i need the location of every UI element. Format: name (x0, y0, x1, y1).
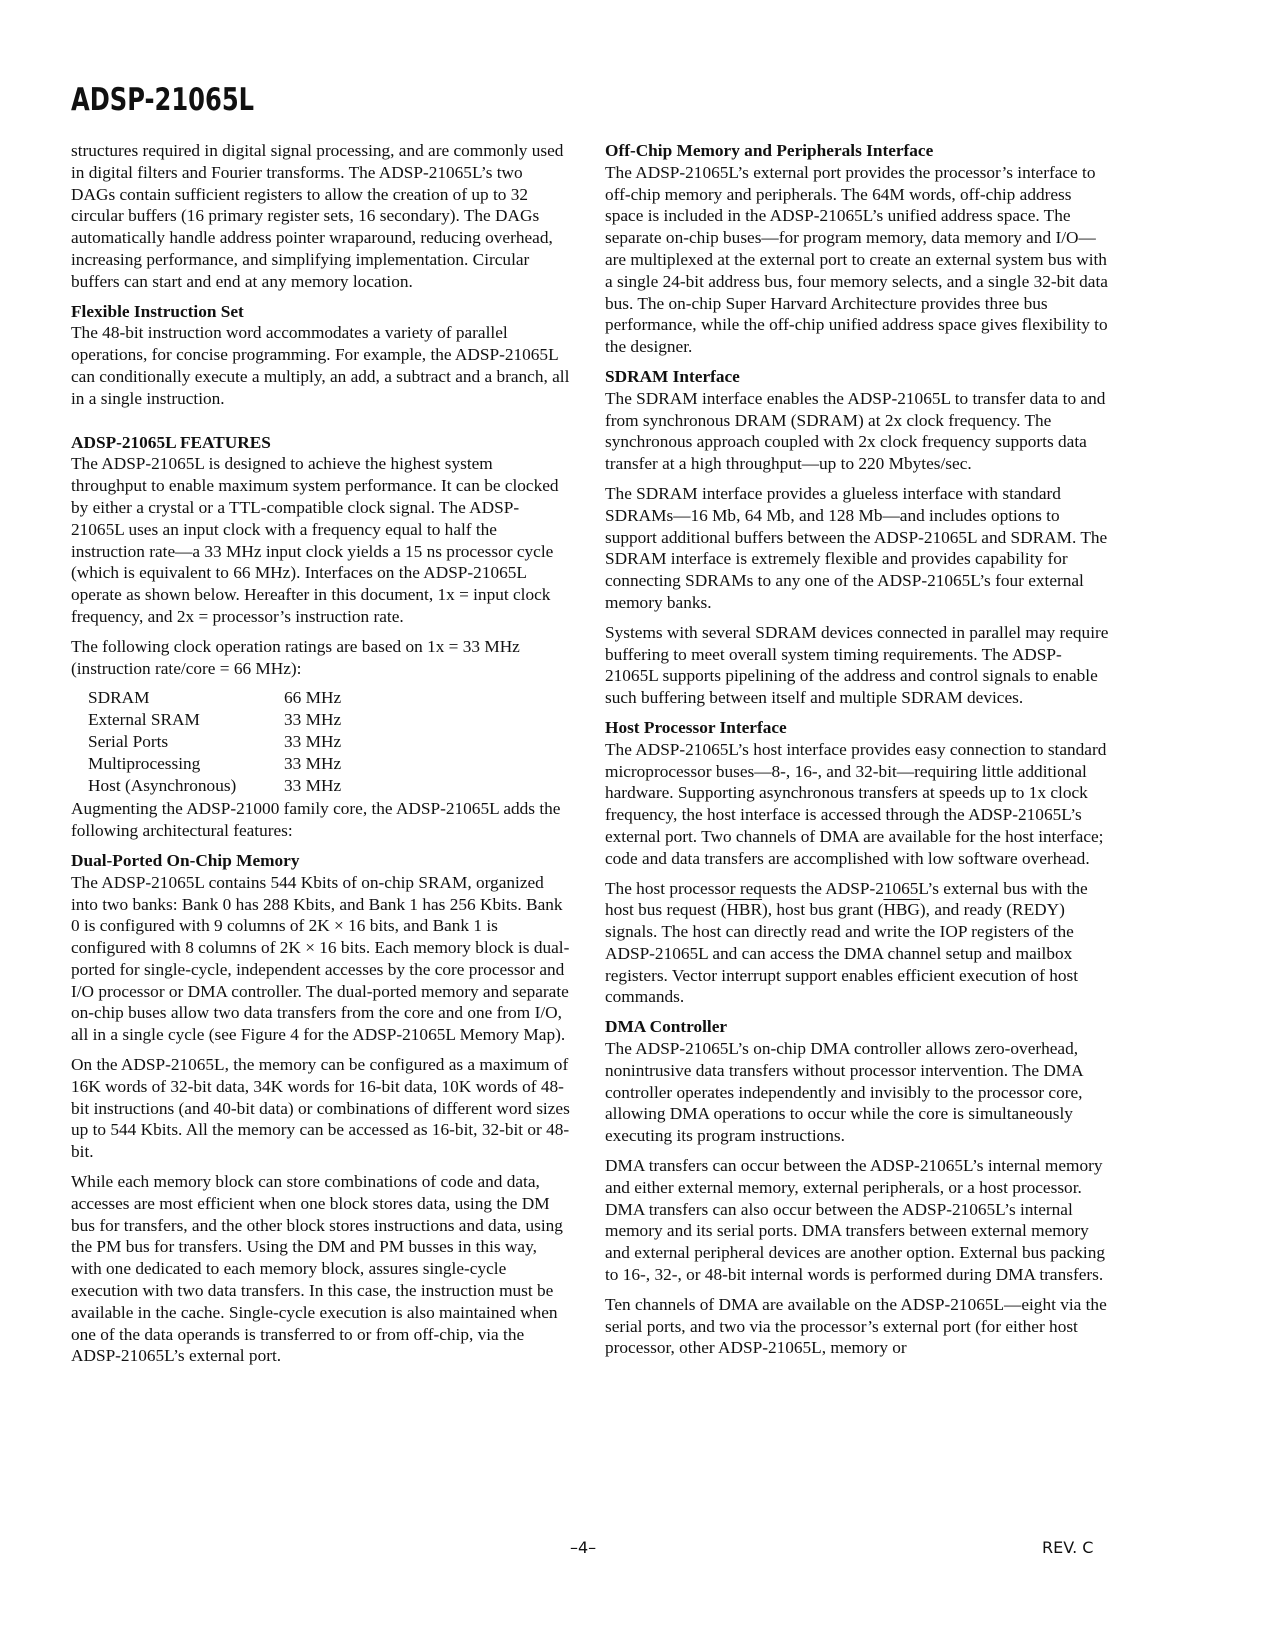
dma-heading: DMA Controller (605, 1016, 1110, 1038)
rating-value: 33 MHz (284, 753, 341, 775)
right-column: Off-Chip Memory and Peripherals Interfac… (605, 140, 1110, 1367)
dual-ported-heading: Dual-Ported On-Chip Memory (71, 850, 571, 872)
flexible-instruction-set-body: The 48-bit instruction word accommodates… (71, 322, 571, 409)
dual-ported-p2: On the ADSP-21065L, the memory can be co… (71, 1054, 571, 1163)
host-p1: The ADSP-21065L’s host interface provide… (605, 739, 1110, 870)
clock-ratings-table: SDRAM 66 MHz External SRAM 33 MHz Serial… (88, 687, 341, 796)
revision-label: REV. C (1042, 1538, 1093, 1557)
host-p2-part-b: ), host bus grant ( (762, 900, 883, 919)
rating-label: SDRAM (88, 687, 284, 709)
rating-value: 33 MHz (284, 775, 341, 797)
off-chip-heading: Off-Chip Memory and Peripherals Interfac… (605, 140, 1110, 162)
table-row: External SRAM 33 MHz (88, 709, 341, 731)
table-row: Multiprocessing 33 MHz (88, 753, 341, 775)
rating-label: Host (Asynchronous) (88, 775, 284, 797)
rating-value: 33 MHz (284, 731, 341, 753)
hbr-signal: HBR (726, 900, 762, 919)
features-heading: ADSP-21065L FEATURES (71, 432, 571, 454)
left-column: structures required in digital signal pr… (71, 140, 571, 1375)
host-p2: The host processor requests the ADSP-210… (605, 878, 1110, 1009)
rating-value: 66 MHz (284, 687, 341, 709)
dma-p1: The ADSP-21065L’s on-chip DMA controller… (605, 1038, 1110, 1147)
rating-label: External SRAM (88, 709, 284, 731)
rating-label: Multiprocessing (88, 753, 284, 775)
page-header-title: ADSP-21065L (71, 82, 254, 118)
dual-ported-p1: The ADSP-21065L contains 544 Kbits of on… (71, 872, 571, 1046)
flexible-instruction-set-heading: Flexible Instruction Set (71, 301, 571, 323)
intro-paragraph: structures required in digital signal pr… (71, 140, 571, 293)
off-chip-body: The ADSP-21065L’s external port provides… (605, 162, 1110, 358)
sdram-p3: Systems with several SDRAM devices conne… (605, 622, 1110, 709)
hbg-signal: HBG (883, 900, 920, 919)
sdram-p1: The SDRAM interface enables the ADSP-210… (605, 388, 1110, 475)
rating-label: Serial Ports (88, 731, 284, 753)
table-row: SDRAM 66 MHz (88, 687, 341, 709)
dma-p3: Ten channels of DMA are available on the… (605, 1294, 1110, 1359)
augmenting-paragraph: Augmenting the ADSP-21000 family core, t… (71, 798, 571, 842)
rating-value: 33 MHz (284, 709, 341, 731)
sdram-heading: SDRAM Interface (605, 366, 1110, 388)
features-body: The ADSP-21065L is designed to achieve t… (71, 453, 571, 627)
ratings-intro: The following clock operation ratings ar… (71, 636, 571, 680)
table-row: Host (Asynchronous) 33 MHz (88, 775, 341, 797)
dma-p2: DMA transfers can occur between the ADSP… (605, 1155, 1110, 1286)
dual-ported-p3: While each memory block can store combin… (71, 1171, 571, 1367)
host-heading: Host Processor Interface (605, 717, 1110, 739)
table-row: Serial Ports 33 MHz (88, 731, 341, 753)
sdram-p2: The SDRAM interface provides a glueless … (605, 483, 1110, 614)
page-number: –4– (570, 1538, 596, 1557)
